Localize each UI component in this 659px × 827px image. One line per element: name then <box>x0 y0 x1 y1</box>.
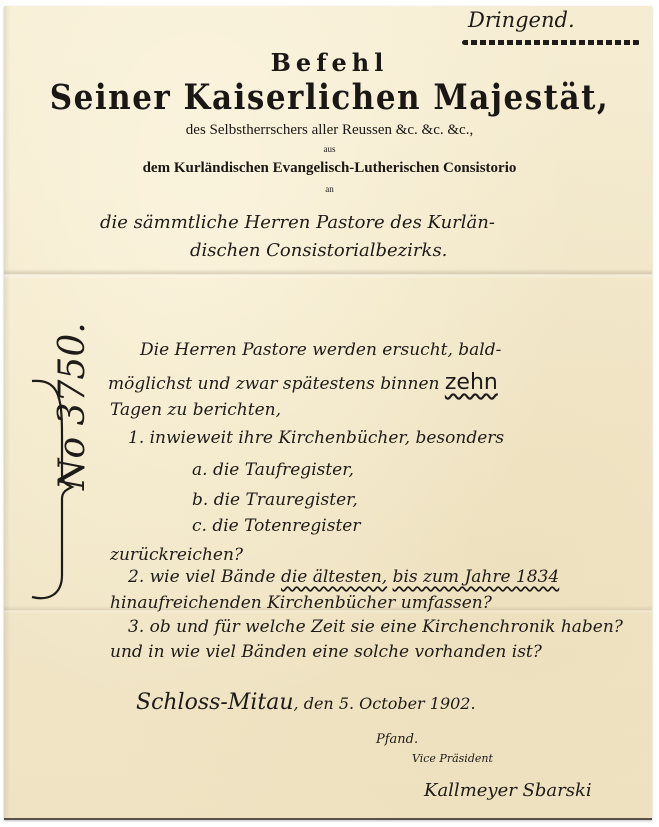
body-line-3: Tagen zu berichten, <box>110 400 281 420</box>
addressee-line-1: die sämmtliche Herren Pastore des Kurlän… <box>100 212 495 233</box>
fold-crease-upper <box>4 269 652 279</box>
header-befehl: Befehl <box>0 48 659 77</box>
body-line-10: hinaufreichenden Kirchenbücher umfassen? <box>110 593 492 613</box>
body-line-2-text: möglichst und zwar spätestens binnen <box>108 374 445 394</box>
body-line-8: zurückreichen? <box>110 545 243 565</box>
place-date: Schloss-Mitau, den 5. October 1902. <box>136 690 476 715</box>
question-2: 2. wie viel Bände die ältesten, bis zum … <box>128 567 559 587</box>
question-3: 3. ob und für welche Zeit sie eine Kirch… <box>128 617 623 637</box>
urgent-underline <box>462 40 640 45</box>
body-line-2: möglichst und zwar spätestens binnen zeh… <box>108 370 498 395</box>
question-2-text: 2. wie viel Bände <box>128 567 281 587</box>
header-autocrat: des Selbstherrschers aller Reussen &c. &… <box>0 122 659 139</box>
body-line-12: und in wie viel Bänden eine solche vorha… <box>110 642 542 662</box>
item-c: c. die Totenregister <box>192 516 360 536</box>
item-b: b. die Trauregister, <box>192 490 358 510</box>
question-1: 1. inwieweit ihre Kirchenbücher, besonde… <box>128 428 504 448</box>
underlined-oldest: die ältesten, <box>281 567 387 587</box>
header-consistory: dem Kurländischen Evangelisch-Lutherisch… <box>0 160 659 177</box>
place: Schloss-Mitau <box>136 690 294 715</box>
date: 5. October 1902. <box>339 694 476 713</box>
header-aus: aus <box>0 144 659 154</box>
signature-line-1: Pfand. <box>376 732 418 747</box>
item-a: a. die Taufregister, <box>192 460 354 480</box>
reference-number: No 3750. <box>52 322 93 490</box>
urgent-annotation: Dringend. <box>468 8 575 32</box>
body-line-1: Die Herren Pastore werden ersucht, bald- <box>140 340 501 360</box>
signature-title: Vice Präsident <box>412 752 493 765</box>
header-an: an <box>0 184 659 194</box>
signature: Kallmeyer Sbarski <box>424 780 592 801</box>
emphasis-zehn: zehn <box>445 370 498 395</box>
header-majesty: Seiner Kaiserlichen Majestät, <box>0 78 659 118</box>
addressee-line-2: dischen Consistorialbezirks. <box>190 240 447 261</box>
date-prefix: , den <box>294 694 339 713</box>
underlined-1834: bis zum Jahre 1834 <box>393 567 560 587</box>
